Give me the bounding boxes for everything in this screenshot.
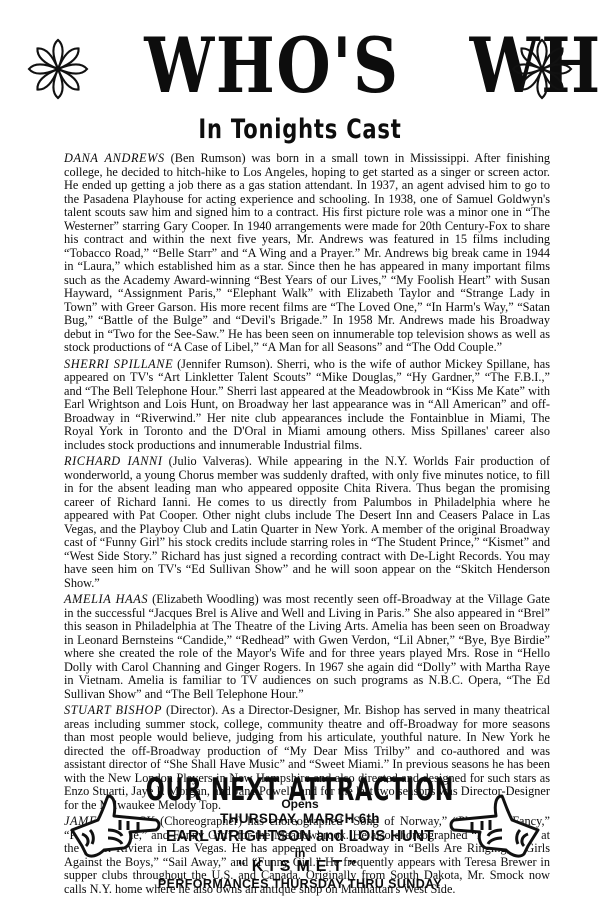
bio-text: (Ben Rumson) was born in a small town in… xyxy=(64,151,550,354)
bio-text: (Jennifer Rumson). Sherri, who is the wi… xyxy=(64,357,550,452)
header: WHO'S WHO In Tonights Cast xyxy=(0,8,600,148)
bio-name: STUART BISHOP xyxy=(64,703,162,717)
next-attraction: OUR NEXT ATTRACTION Opens THURSDAY, MARC… xyxy=(0,770,600,902)
page-title: WHO'S WHO xyxy=(144,18,456,114)
bio-name: AMELIA HAAS xyxy=(64,592,148,606)
bio-text: (Elizabeth Woodling) was most recently s… xyxy=(64,592,550,701)
bio-name: SHERRI SPILLANE xyxy=(64,357,173,371)
bio-text: (Julio Valveras). While appearing in the… xyxy=(64,454,550,590)
performance-schedule: PERFORMANCES THURSDAY THRU SUNDAY xyxy=(0,877,600,891)
bio-amelia-haas: AMELIA HAAS (Elizabeth Woodling) was mos… xyxy=(64,593,550,701)
bio-name: DANA ANDREWS xyxy=(64,151,165,165)
bio-name: RICHARD IANNI xyxy=(64,454,163,468)
bio-richard-ianni: RICHARD IANNI (Julio Valveras). While ap… xyxy=(64,455,550,590)
bio-sherri-spillane: SHERRI SPILLANE (Jennifer Rumson). Sherr… xyxy=(64,358,550,453)
bio-dana-andrews: DANA ANDREWS (Ben Rumson) was born in a … xyxy=(64,152,550,355)
daisy-flower-icon xyxy=(25,36,91,102)
page-subtitle: In Tonights Cast xyxy=(66,114,534,145)
daisy-flower-icon xyxy=(509,36,575,102)
playbill-page: WHO'S WHO In Tonights Cast DANA ANDREWS … xyxy=(0,0,600,902)
pointing-hand-icon xyxy=(446,790,542,862)
